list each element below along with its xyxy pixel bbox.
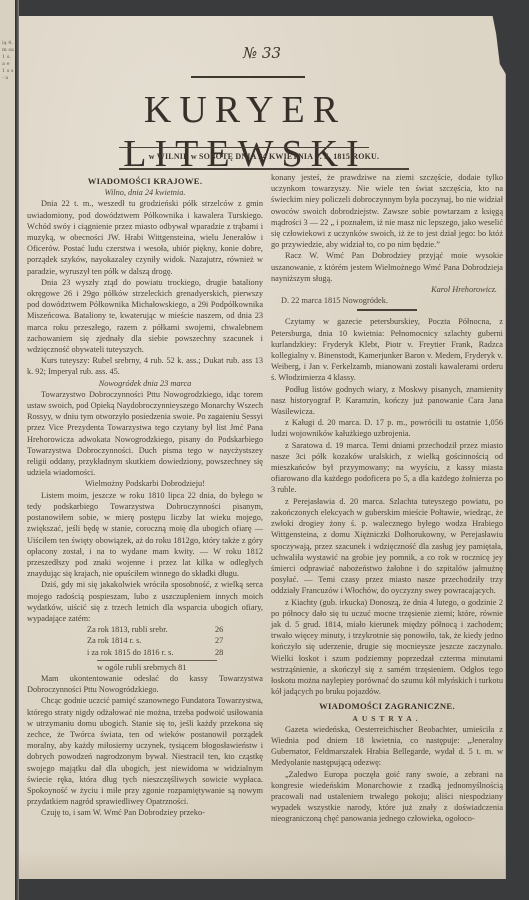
dateline: w WILNIE w SOBOTĘ DNIA 24 KWIETNIA V. S.…	[119, 152, 409, 161]
dateline-rule-bottom	[119, 168, 409, 170]
letter-paragraph: Czuję to, i sam W. Wmć Pan Dobrodziey pr…	[27, 807, 263, 818]
masthead-rule	[191, 76, 305, 78]
donation-row: Za rok 1813, rubli srebr. 26	[87, 624, 263, 635]
letter-paragraph: Chcąc godnie uczcić pamięć szanownego Fu…	[27, 695, 263, 807]
donation-label: Za rok 1814 r. s.	[87, 635, 207, 646]
donation-amount: 27	[215, 635, 223, 646]
right-column: konany jesteś, że prawdziwe na ziemi szc…	[271, 172, 503, 825]
letter-date-place: D. 22 marca 1815 Nowogródek.	[271, 295, 503, 306]
news-paragraph: z Perejasławia d. 20 marca. Szlachta tut…	[271, 496, 503, 597]
letter-paragraph: konany jesteś, że prawdziwe na ziemi szc…	[271, 172, 503, 250]
donation-label: Za rok 1813, rubli srebr.	[87, 624, 207, 635]
news-paragraph: Podług listów godnych wiary, z Moskwy pi…	[271, 384, 503, 418]
donation-row: Za rok 1814 r. s. 27	[87, 635, 263, 646]
exchange-rates: Kurs tuteyszy: Rubel srebrny, 4 rub. 52 …	[27, 355, 263, 377]
news-paragraph: Czytamy w gazecie petersburskiey, Poczta…	[271, 316, 503, 383]
adjacent-page-sliver: ią 4. m sa 1 s. a e 1 s s- a	[0, 0, 16, 900]
donation-row: i za rok 1815 do 1816 r. s. 28	[87, 647, 263, 658]
donation-amount: 26	[215, 624, 223, 635]
article-paragraph: Dnia 23 wyszły ztąd do powiatu trockiego…	[27, 277, 263, 355]
letter-paragraph: Listem moim, jeszcze w roku 1810 lipca 2…	[27, 490, 263, 580]
page-edge-shadow	[19, 849, 505, 879]
news-paragraph: z Saratowa d. 19 marca. Temi dniami prze…	[271, 440, 503, 496]
news-paragraph: z Kaługi d. 20 marca. D. 17 p. m., powró…	[271, 417, 503, 439]
country-heading: AUSTRYA.	[271, 713, 503, 724]
news-paragraph: z Kiachty (gub. irkucka) Donoszą, że dni…	[271, 597, 503, 698]
letter-paragraph: Mam ukontentowanie odesłać do kassy Towa…	[27, 673, 263, 695]
adjacent-page-text: ią 4. m sa 1 s. a e 1 s s- a	[2, 40, 14, 880]
section-title-foreign: WIADOMOŚCI ZAGRANICZNE.	[271, 701, 503, 712]
letter-paragraph: Dziś, gdy mi się jakakolwiek wróciła spo…	[27, 579, 263, 624]
donation-amount: 28	[215, 647, 223, 658]
news-paragraph: Gazeta wiedeńska, Oesterreichischer Beob…	[271, 724, 503, 769]
left-column: WIADOMOŚCI KRAJOWE. Wilno, dnia 24 kwiet…	[27, 172, 263, 819]
letter-salutation: Wielmożny Podskarbi Dobrodzieju!	[27, 478, 263, 489]
place-date: Wilno, dnia 24 kwietnia.	[27, 187, 263, 198]
section-title-domestic: WIADOMOŚCI KRAJOWE.	[27, 176, 263, 187]
masthead: № 33 KURYER LITEWSKI w WILNIE w SOBOTĘ D…	[19, 16, 505, 166]
newspaper-page: № 33 KURYER LITEWSKI w WILNIE w SOBOTĘ D…	[19, 16, 506, 879]
donation-total: w ogóle rubli srebrnych 81	[97, 660, 217, 673]
donation-label: i za rok 1815 do 1816 r. s.	[87, 647, 207, 658]
dateline-rule-top	[119, 147, 369, 148]
article-paragraph: Dnia 22 t. m., weszedł tu grodzieński pó…	[27, 198, 263, 276]
issue-number: № 33	[19, 44, 505, 62]
newspaper-title: KURYER LITEWSKI	[25, 88, 465, 176]
sub-place-date: Nowogródek dnia 23 marca	[27, 378, 263, 389]
signature: Karol Hrehorowicz.	[271, 284, 503, 295]
news-paragraph: „Zaledwo Europa poczęła goić rany swoie,…	[271, 769, 503, 825]
ornament-rule	[357, 309, 417, 311]
article-paragraph: Towarzystwo Dobroczynności Pttu Nowogrod…	[27, 389, 263, 479]
letter-closing: Racz W. Wmć Pan Dobrodziey przyjąć moie …	[271, 250, 503, 284]
donation-table: Za rok 1813, rubli srebr. 26 Za rok 1814…	[87, 624, 263, 658]
